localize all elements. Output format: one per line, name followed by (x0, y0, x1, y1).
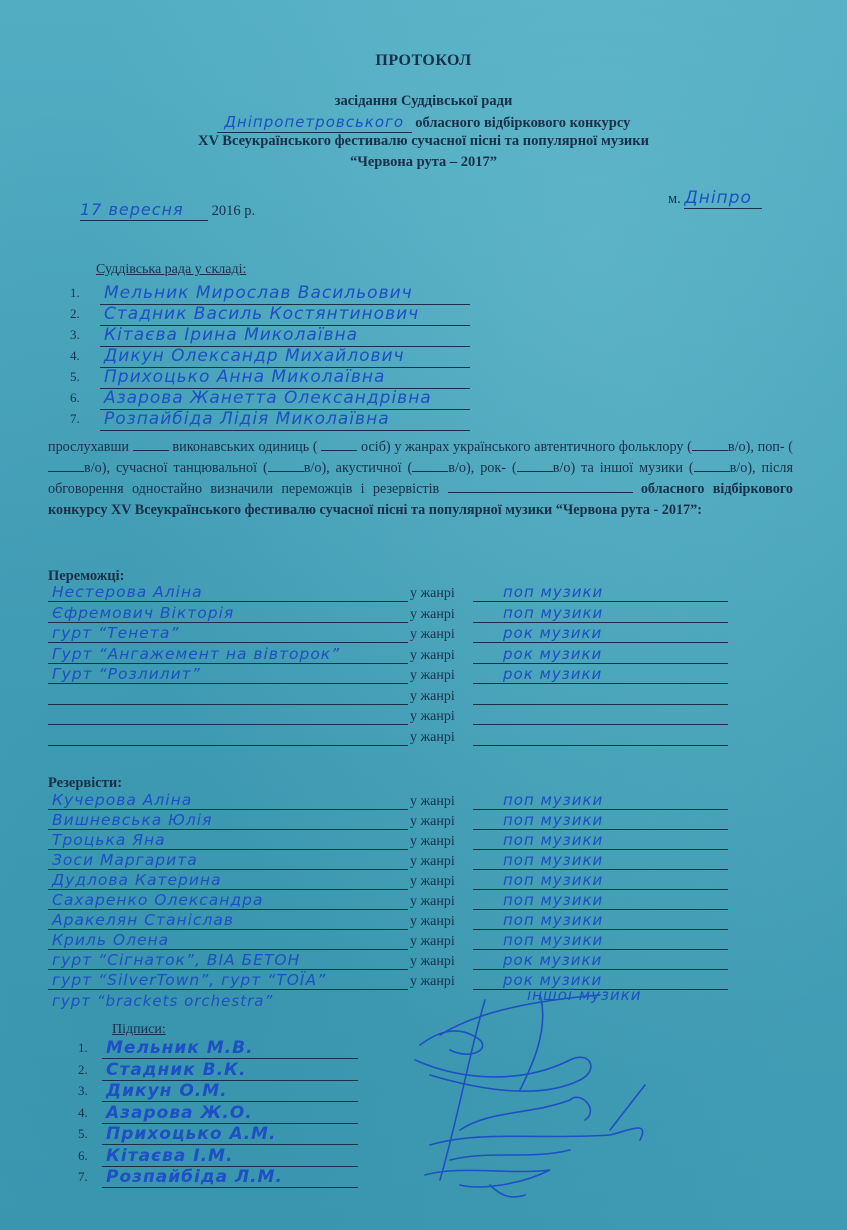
entrant-name: Зоси Маргарита (52, 851, 198, 869)
blank-field (448, 480, 633, 493)
entrant-name: Кучерова Аліна (52, 791, 192, 809)
signature-row: 5.Прихоцько А.М. (78, 1123, 358, 1145)
genre-label: у жанрі (410, 648, 455, 664)
entrant-genre: поп музики (503, 871, 603, 889)
signature-scribbles (400, 990, 660, 1210)
council-member: 1.Мельник Мирослав Васильович (70, 283, 470, 305)
member-number: 7. (70, 411, 90, 427)
council-member: 4.Дикун Олександр Михайлович (70, 346, 470, 368)
member-number: 5. (70, 369, 90, 385)
genre-label: у жанрі (410, 954, 455, 970)
member-name: Азарова Жанетта Олександрівна (104, 388, 432, 408)
genre-label: у жанрі (410, 627, 455, 643)
subtitle-competition: обласного відбіркового конкурсу (415, 115, 630, 131)
para-text: в/о), рок- ( (448, 460, 516, 476)
member-number: 6. (70, 390, 90, 406)
genre-label: у жанрі (410, 974, 455, 990)
genre-label: у жанрі (410, 689, 455, 705)
genre-label: у жанрі (410, 794, 455, 810)
signature-name: Дикун О.М. (106, 1081, 228, 1101)
date-line: 17 вересня 2016 р. (80, 200, 255, 221)
member-number: 1. (70, 285, 90, 301)
date-handwritten: 17 вересня (80, 200, 184, 219)
council-member: 5.Прихоцько Анна Миколаївна (70, 367, 470, 389)
signature-row: 3.Дикун О.М. (78, 1080, 358, 1102)
signature-number: 7. (78, 1169, 88, 1185)
entrant-genre: поп музики (503, 831, 603, 849)
entrant-name: Вишневська Юлія (52, 811, 212, 829)
genre-label: у жанрі (410, 914, 455, 930)
reserves-row: Зоси Маргаритау жанріпоп музики (48, 850, 728, 870)
reserves-row: гурт “Сігнаток”, ВІА БЕТОНу жанрірок муз… (48, 950, 728, 970)
genre-label: у жанрі (410, 934, 455, 950)
para-text: виконавських одиниць ( (172, 439, 317, 455)
signature-name: Розпайбіда Л.М. (106, 1167, 283, 1187)
blank-field (412, 459, 448, 472)
blank-field (268, 459, 304, 472)
city-prefix: м. (668, 191, 681, 207)
council-member: 3.Кітаєва Ірина Миколаївна (70, 325, 470, 347)
signature-number: 5. (78, 1126, 88, 1142)
region-handwritten: Дніпропетровського (224, 113, 404, 131)
date-year: 2016 р. (212, 203, 256, 219)
entrant-name: гурт “SilverTown”, гурт “ТОЇА” (52, 971, 326, 989)
member-line (100, 430, 470, 431)
signature-row: 6.Кітаєва І.М. (78, 1145, 358, 1167)
reserves-row: Сахаренко Олександрау жанріпоп музики (48, 890, 728, 910)
council-member: 7.Розпайбіда Лідія Миколаївна (70, 409, 470, 431)
reserves-row: Кучерова Алінау жанріпоп музики (48, 790, 728, 810)
genre-label: у жанрі (410, 607, 455, 623)
city-line: м. Дніпро (668, 188, 762, 209)
para-text: в/о), поп- ( (728, 439, 793, 455)
member-name: Мельник Мирослав Васильович (104, 283, 413, 303)
para-text: осіб) у жанрах українського автентичного… (361, 439, 692, 455)
member-number: 3. (70, 327, 90, 343)
winners-row: у жанрі (48, 726, 728, 746)
entrant-name: Троцька Яна (52, 831, 166, 849)
entrant-name: гурт “Сігнаток”, ВІА БЕТОН (52, 951, 300, 969)
winners-row: гурт “Тенета”у жанрірок музики (48, 623, 728, 643)
signature-number: 6. (78, 1148, 88, 1164)
entrant-genre: поп музики (503, 791, 603, 809)
entrant-genre: рок музики (503, 951, 602, 969)
entrant-genre: поп музики (503, 604, 603, 622)
reserves-row: Дудлова Катеринау жанріпоп музики (48, 870, 728, 890)
name-line (48, 745, 408, 746)
reserves-row: Аракелян Станіславу жанріпоп музики (48, 910, 728, 930)
subtitle-council: засідання Суддівської ради (0, 93, 847, 110)
entrant-genre: рок музики (503, 624, 602, 642)
subtitle-region: Дніпропетровського обласного відбірковог… (0, 113, 847, 133)
city-field: Дніпро (684, 188, 762, 209)
entrant-name: Аракелян Станіслав (52, 911, 234, 929)
entrant-name: Єфремович Вікторія (52, 604, 234, 622)
member-name: Стадник Василь Костянтинович (104, 304, 419, 324)
signature-row: 1.Мельник М.В. (78, 1037, 358, 1059)
entrant-genre: рок музики (503, 665, 602, 683)
entrant-genre: рок музики (503, 645, 602, 663)
reserve-overflow-name: гурт “brackets orchestra” (52, 992, 273, 1010)
signature-line (102, 1187, 358, 1188)
para-text: в/о), акустичної ( (304, 460, 413, 476)
entrant-genre: поп музики (503, 851, 603, 869)
member-number: 2. (70, 306, 90, 322)
member-name: Дикун Олександр Михайлович (104, 346, 405, 366)
signature-number: 4. (78, 1105, 88, 1121)
reserves-row: Вишневська Юліяу жанріпоп музики (48, 810, 728, 830)
entrant-genre: поп музики (503, 811, 603, 829)
signature-number: 3. (78, 1083, 88, 1099)
entrant-name: Дудлова Катерина (52, 871, 222, 889)
entrant-genre: поп музики (503, 583, 603, 601)
signature-row: 4.Азарова Ж.О. (78, 1102, 358, 1124)
genre-label: у жанрі (410, 894, 455, 910)
genre-label: у жанрі (410, 668, 455, 684)
member-name: Розпайбіда Лідія Миколаївна (104, 409, 390, 429)
signature-row: 2.Стадник В.К. (78, 1059, 358, 1081)
document-title: ПРОТОКОЛ (0, 52, 847, 70)
genre-label: у жанрі (410, 854, 455, 870)
entrant-name: Нестерова Аліна (52, 583, 203, 601)
member-number: 4. (70, 348, 90, 364)
name-line (48, 989, 408, 990)
city-handwritten: Дніпро (684, 188, 751, 208)
genre-label: у жанрі (410, 586, 455, 602)
signature-number: 2. (78, 1062, 88, 1078)
signature-name: Прихоцько А.М. (106, 1124, 276, 1144)
blank-field (694, 459, 730, 472)
entrant-name: гурт “Тенета” (52, 624, 179, 642)
genre-label: у жанрі (410, 834, 455, 850)
para-text: в/о) та іншої музики ( (553, 460, 694, 476)
para-text: прослухавши (48, 439, 129, 455)
blank-field (517, 459, 553, 472)
reserves-row: Криль Оленау жанріпоп музики (48, 930, 728, 950)
signature-name: Азарова Ж.О. (106, 1103, 253, 1123)
region-field: Дніпропетровського (217, 113, 412, 133)
protocol-document: ПРОТОКОЛ засідання Суддівської ради Дніп… (0, 0, 847, 1230)
para-text: в/о), сучасної танцювальної ( (84, 460, 268, 476)
genre-label: у жанрі (410, 730, 455, 746)
hearing-paragraph: прослухавши виконавських одиниць ( осіб)… (48, 437, 793, 521)
signatures-label: Підписи: (112, 1022, 166, 1038)
member-name: Прихоцько Анна Миколаївна (104, 367, 385, 387)
genre-label: у жанрі (410, 874, 455, 890)
entrant-name: Гурт “Ангажемент на вівторок” (52, 645, 340, 663)
signature-number: 1. (78, 1040, 88, 1056)
entrant-genre: поп музики (503, 911, 603, 929)
winners-row: Єфремович Вікторіяу жанріпоп музики (48, 603, 728, 623)
member-name: Кітаєва Ірина Миколаївна (104, 325, 358, 345)
winners-row: Гурт “Розлилит”у жанрірок музики (48, 664, 728, 684)
signature-name: Стадник В.К. (106, 1060, 246, 1080)
winners-row: у жанрі (48, 685, 728, 705)
council-member: 2.Стадник Василь Костянтинович (70, 304, 470, 326)
entrant-genre: поп музики (503, 931, 603, 949)
signature-name: Кітаєва І.М. (106, 1146, 233, 1166)
signature-name: Мельник М.В. (106, 1038, 254, 1058)
subtitle-festival: XV Всеукраїнського фестивалю сучасної пі… (0, 133, 847, 150)
genre-line (473, 745, 728, 746)
entrant-name: Криль Олена (52, 931, 169, 949)
blank-field (48, 459, 84, 472)
blank-field (133, 438, 169, 451)
subtitle-festival-name: “Червона рута – 2017” (0, 154, 847, 171)
date-field: 17 вересня (80, 200, 208, 221)
entrant-name: Гурт “Розлилит” (52, 665, 201, 683)
reserves-row: Троцька Янау жанріпоп музики (48, 830, 728, 850)
entrant-name: Сахаренко Олександра (52, 891, 264, 909)
genre-label: у жанрі (410, 709, 455, 725)
genre-label: у жанрі (410, 814, 455, 830)
blank-field (692, 438, 728, 451)
council-member: 6.Азарова Жанетта Олександрівна (70, 388, 470, 410)
signature-row: 7.Розпайбіда Л.М. (78, 1166, 358, 1188)
winners-row: Нестерова Алінау жанріпоп музики (48, 582, 728, 602)
council-label: Суддівська рада у складі: (96, 262, 246, 278)
winners-row: Гурт “Ангажемент на вівторок”у жанрірок … (48, 644, 728, 664)
entrant-genre: поп музики (503, 891, 603, 909)
blank-field (321, 438, 357, 451)
winners-row: у жанрі (48, 705, 728, 725)
